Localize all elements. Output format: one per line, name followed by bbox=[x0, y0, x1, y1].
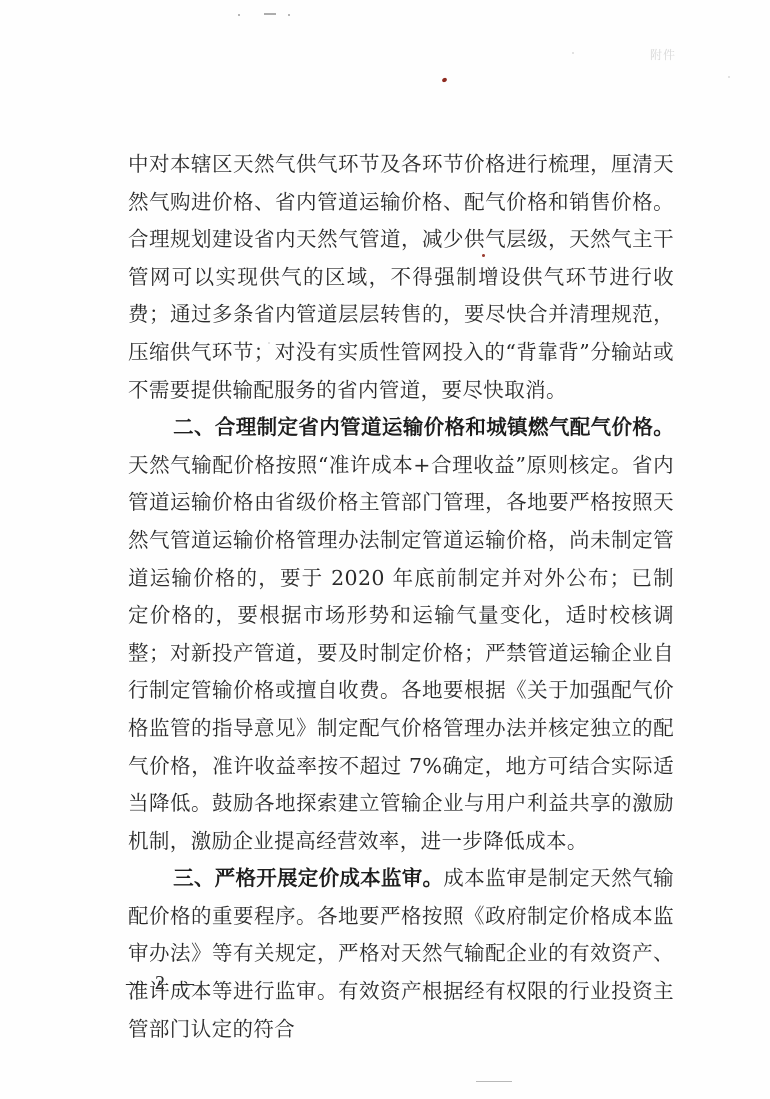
scan-artifact-dot bbox=[238, 14, 240, 16]
document-page: 附件 中对本辖区天然气供气环节及各环节价格进行梳理，厘清天然气购进价格、省内管道… bbox=[0, 0, 770, 1099]
section-heading-3: 三、严格开展定价成本监审。 bbox=[173, 866, 443, 890]
paragraph-2-text: 天然气输配价格按照“准许成本+合理收益”原则核定。省内管道运输价格由省级价格主管… bbox=[128, 453, 674, 853]
paragraph-1-text: 中对本辖区天然气供气环节及各环节价格进行梳理，厘清天然气购进价格、省内管道运输价… bbox=[128, 152, 674, 402]
scan-artifact-mark bbox=[264, 13, 276, 15]
paragraph-3: 三、严格开展定价成本监审。成本监审是制定天然气输配价格的重要程序。各地要严格按照… bbox=[128, 860, 674, 1048]
scan-noise-dot bbox=[572, 52, 574, 54]
paragraph-1: 中对本辖区天然气供气环节及各环节价格进行梳理，厘清天然气购进价格、省内管道运输价… bbox=[128, 146, 674, 409]
faded-corner-mark: 附件 bbox=[650, 46, 676, 63]
paragraph-3-text: 成本监审是制定天然气输配价格的重要程序。各地要严格按照《政府制定价格成本监审办法… bbox=[128, 866, 674, 1040]
document-body: 中对本辖区天然气供气环节及各环节价格进行梳理，厘清天然气购进价格、省内管道运输价… bbox=[128, 146, 674, 1048]
scan-artifact-mark bbox=[476, 1081, 512, 1082]
scan-artifact-dot bbox=[288, 14, 290, 16]
section-heading-2: 二、合理制定省内管道运输价格和城镇燃气配气价格。 bbox=[173, 415, 674, 439]
ink-speck bbox=[441, 77, 447, 83]
scan-noise-dot bbox=[728, 76, 730, 78]
paragraph-2: 二、合理制定省内管道运输价格和城镇燃气配气价格。天然气输配价格按照“准许成本+合… bbox=[128, 409, 674, 860]
page-number: — 2 — bbox=[126, 972, 196, 995]
